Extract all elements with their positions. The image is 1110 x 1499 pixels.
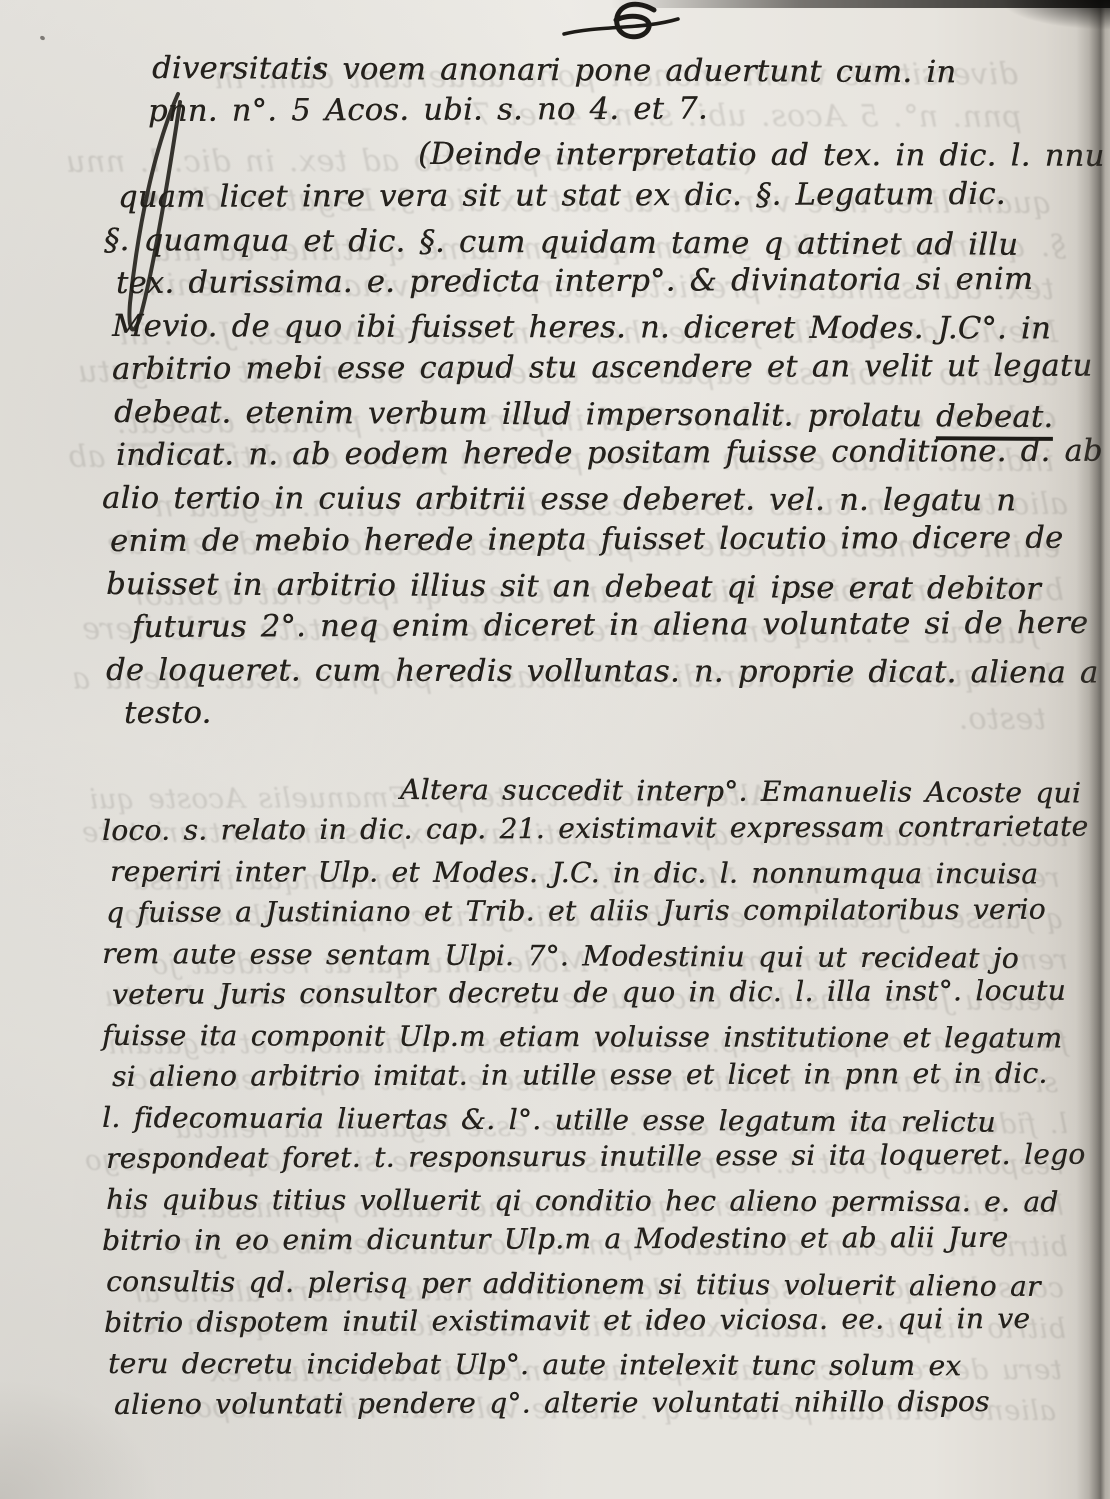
text-line: arbitrio mebi esse capud stu ascendere e… [112,352,1070,398]
manuscript-text: diversitatis voem anonari pone aduertunt… [100,54,1070,1432]
text-line: veteru Juris consultor decretu de quo in… [112,977,1070,1022]
page-edge-right [1076,0,1110,1499]
paraph-flourish-icon [556,0,686,58]
ink-smudge [142,192,158,204]
text-line: bitrio in eo enim dicuntur Ulp.m a Modes… [102,1224,1070,1268]
text-line: respondeat foret. t. responsurus inutill… [106,1141,1070,1186]
text-line: testo. [124,696,1070,742]
text-line: q fuisse a Justiniano et Trib. et aliis … [106,896,1070,940]
page-corner-shadow [1000,0,1110,30]
ink-speck [39,35,45,41]
text-line: quam licet inre vera sit ut stat ex dic.… [118,180,1070,226]
text-line: enim de mebio herede inepta fuisset locu… [110,524,1070,570]
text-segment: debeat. etenim verbum illud impersonalit… [114,395,936,434]
text-line: tex. durissima. e. predicta interp°. & d… [116,265,1070,312]
ink-speck [314,64,321,70]
text-line: bitrio dispotem inutil existimavit et id… [104,1305,1070,1350]
page-top-shadow [0,0,1110,8]
text-line: pnn. n°. 5 Acos. ubi. s. no 4. et 7. [148,93,1070,140]
manuscript-page: diversitatis voem anonari pone aduertunt… [0,0,1110,1499]
margin-flourish-stroke-icon [120,88,190,388]
text-line: futurus 2°. neq enim diceret in aliena v… [132,609,1070,656]
text-line: alieno voluntati pendere q°. alterie vol… [114,1388,1070,1432]
text-line: loco. s. relato in dic. cap. 21. existim… [102,813,1070,858]
text-line: indicat. n. ab eodem herede positam fuis… [116,437,1070,484]
text-line: si alieno arbitrio imitat. in utille ess… [112,1060,1070,1104]
text-line: de loqueret. cum heredis volluntas. n. p… [106,656,1070,702]
